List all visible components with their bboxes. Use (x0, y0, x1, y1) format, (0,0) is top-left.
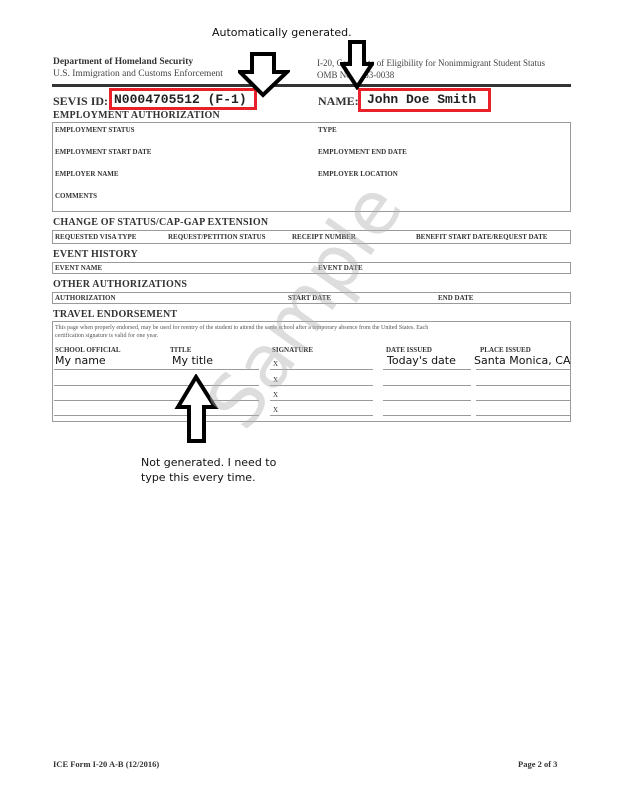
field-employment-start-date: EMPLOYMENT START DATE (55, 148, 151, 156)
section-title-change-of-status: CHANGE OF STATUS/CAP-GAP EXTENSION (53, 217, 268, 228)
col-event-name: EVENT NAME (55, 264, 102, 272)
col-title: TITLE (170, 346, 191, 354)
section-title-travel-endorsement: TRAVEL ENDORSEMENT (53, 309, 177, 320)
annotation-not-generated-line2: type this every time. (141, 471, 256, 484)
signature-x-mark[interactable]: X (273, 360, 278, 368)
section-title-event-history: EVENT HISTORY (53, 249, 138, 260)
arrow-up-icon (174, 374, 220, 444)
name-value: John Doe Smith (367, 92, 476, 107)
travel-note-line2: certification signature is valid for one… (55, 332, 158, 340)
col-requested-visa-type: REQUESTED VISA TYPE (55, 233, 136, 241)
field-employment-end-date: EMPLOYMENT END DATE (318, 148, 407, 156)
sub-agency-name: U.S. Immigration and Customs Enforcement (53, 69, 223, 79)
col-place-issued: PLACE ISSUED (480, 346, 531, 354)
annotation-not-generated-line1: Not generated. I need to (141, 456, 276, 469)
typed-school-official[interactable]: My name (55, 354, 106, 367)
col-school-official: SCHOOL OFFICIAL (55, 346, 121, 354)
typed-place-issued[interactable]: Santa Monica, CA (474, 354, 570, 367)
signature-row-line (383, 385, 471, 386)
sevis-id-value: N0004705512 (F-1) (114, 92, 247, 107)
signature-row-line (54, 400, 166, 401)
travel-note-line1: This page when properly endorsed, may be… (55, 324, 428, 332)
col-start-date: START DATE (288, 294, 331, 302)
annotation-auto-generated: Automatically generated. (212, 26, 352, 39)
field-type: TYPE (318, 126, 337, 134)
typed-title[interactable]: My title (172, 354, 213, 367)
field-employer-location: EMPLOYER LOCATION (318, 170, 398, 178)
signature-row-line (476, 369, 570, 370)
signature-row-line (476, 385, 570, 386)
col-request-petition-status: REQUEST/PETITION STATUS (168, 233, 266, 241)
arrow-down-icon (238, 52, 290, 98)
event-history-box (52, 262, 571, 274)
page-number: Page 2 of 3 (518, 759, 557, 769)
section-title-employment: EMPLOYMENT AUTHORIZATION (53, 110, 220, 121)
name-label: NAME: (318, 94, 359, 109)
col-end-date: END DATE (438, 294, 473, 302)
field-employer-name: EMPLOYER NAME (55, 170, 119, 178)
header-rule (52, 84, 571, 87)
signature-row-line (54, 415, 166, 416)
signature-x-mark[interactable]: X (273, 376, 278, 384)
section-title-other-authorizations: OTHER AUTHORIZATIONS (53, 279, 187, 290)
signature-row-line (383, 415, 471, 416)
agency-name: Department of Homeland Security (53, 57, 193, 67)
col-signature: SIGNATURE (272, 346, 313, 354)
col-event-date: EVENT DATE (318, 264, 363, 272)
form-id-footer: ICE Form I-20 A-B (12/2016) (53, 759, 159, 769)
signature-row-line (270, 385, 373, 386)
signature-x-mark[interactable]: X (273, 391, 278, 399)
signature-row-line (476, 415, 570, 416)
signature-row-line (270, 400, 373, 401)
signature-row-line (383, 369, 471, 370)
col-date-issued: DATE ISSUED (386, 346, 432, 354)
signature-row-line (54, 369, 166, 370)
col-authorization: AUTHORIZATION (55, 294, 116, 302)
signature-row-line (54, 385, 166, 386)
signature-row-line (476, 400, 570, 401)
signature-x-mark[interactable]: X (273, 406, 278, 414)
employment-box (52, 122, 571, 212)
col-benefit-start-date: BENEFIT START DATE/REQUEST DATE (416, 233, 547, 241)
signature-row-line (166, 369, 259, 370)
signature-row-line (270, 369, 373, 370)
signature-row-line (270, 415, 373, 416)
signature-row-line (383, 400, 471, 401)
col-receipt-number: RECEIPT NUMBER (292, 233, 356, 241)
field-employment-status: EMPLOYMENT STATUS (55, 126, 135, 134)
field-comments: COMMENTS (55, 192, 97, 200)
typed-date-issued[interactable]: Today's date (387, 354, 456, 367)
sevis-id-label: SEVIS ID: (53, 94, 108, 109)
arrow-down-icon (340, 40, 374, 90)
